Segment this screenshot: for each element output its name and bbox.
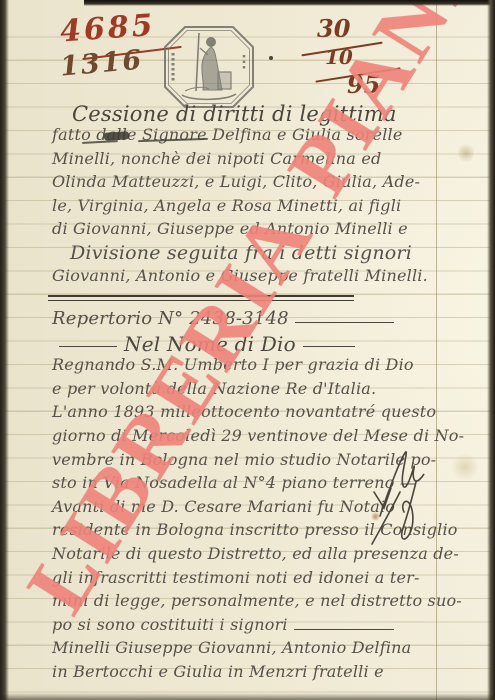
manuscript-text-block: Cessione di diritti di legittimafatto da… bbox=[0, 0, 495, 700]
manuscript-line-13: L'anno 1893 milleottocento novantatré qu… bbox=[52, 402, 436, 421]
photo-edge bbox=[487, 0, 495, 700]
photo-edge bbox=[0, 693, 495, 700]
manuscript-line-3: Olinda Matteuzzi, e Luigi, Clito, Giulia… bbox=[52, 172, 420, 191]
manuscript-line-16: sto in Via Nosadella al N°4 piano terren… bbox=[52, 473, 416, 492]
photo-edge bbox=[84, 0, 495, 6]
manuscript-line-12: e per volontà della Nazione Re d'Italia. bbox=[52, 379, 376, 398]
manuscript-line-5: di Giovanni, Giuseppe ed Antonio Minelli… bbox=[52, 219, 408, 238]
manuscript-line-22: po si sono costituiti i signori bbox=[52, 615, 394, 634]
document-photo: 4685 1316 30 10 bbox=[0, 0, 495, 700]
manuscript-line-23: Minelli Giuseppe Giovanni, Antonio Delfi… bbox=[52, 638, 411, 657]
manuscript-line-6: Divisione seguita fra i detti signori bbox=[70, 242, 412, 264]
manuscript-line-11: Regnando S.M. Umberto I per grazia di Di… bbox=[52, 355, 414, 374]
manuscript-line-20: gli infrascritti testimoni noti ed idone… bbox=[52, 568, 420, 587]
manuscript-line-17: Avanti di me D. Cesare Mariani fu Notaio bbox=[52, 497, 395, 516]
manuscript-line-10: Nel Nome di Dio bbox=[52, 332, 394, 356]
manuscript-line-21: mini di legge, personalmente, e nel dist… bbox=[52, 591, 462, 610]
manuscript-page: 4685 1316 30 10 bbox=[0, 0, 495, 700]
section-divider-rule bbox=[48, 295, 354, 301]
manuscript-line-0: Cessione di diritti di legittima bbox=[72, 102, 397, 126]
manuscript-line-9: Repertorio N° 2438-3148 bbox=[52, 308, 394, 329]
notary-signature-flourish-icon bbox=[370, 448, 432, 550]
manuscript-line-7: Giovanni, Antonio e Giuseppe fratelli Mi… bbox=[52, 266, 428, 285]
manuscript-line-24: in Bertocchi e Giulia in Menzri fratelli… bbox=[52, 662, 384, 681]
photo-edge bbox=[0, 0, 9, 700]
manuscript-line-4: le, Virginia, Angela e Rosa Minetti, ai … bbox=[52, 196, 401, 215]
manuscript-line-14: giorno di Mercoledì 29 ventinove del Mes… bbox=[52, 426, 464, 445]
manuscript-line-2: Minelli, nonchè dei nipoti Carmelina ed bbox=[52, 149, 381, 168]
